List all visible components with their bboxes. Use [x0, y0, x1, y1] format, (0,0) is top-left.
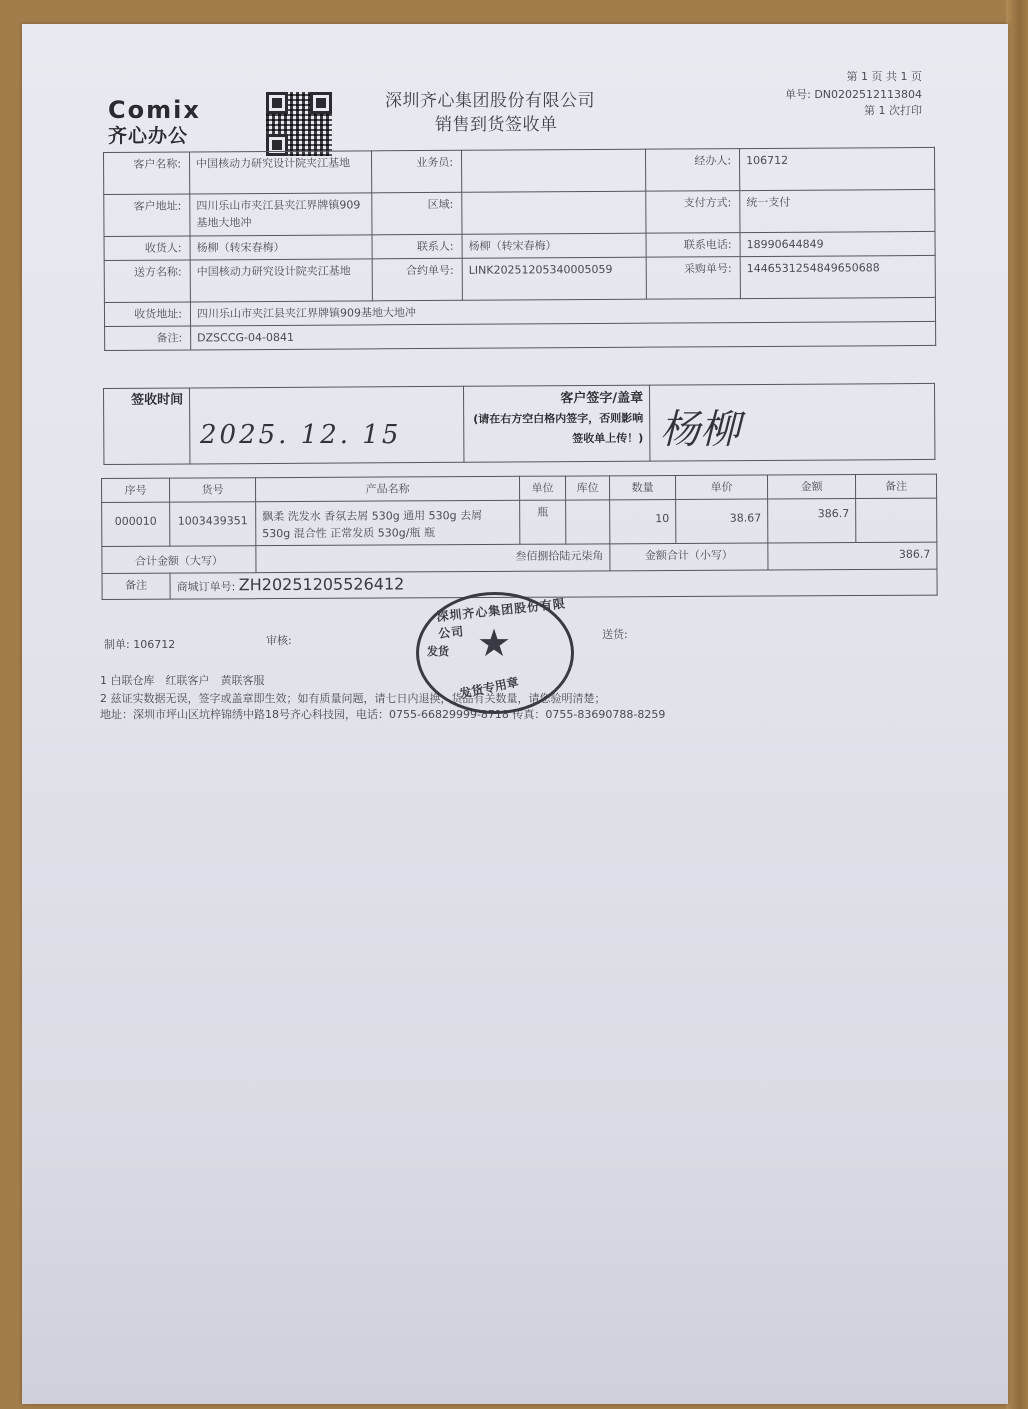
customer-address-value: 四川乐山市夹江县夹江界牌镇909基地大地冲 [190, 193, 372, 236]
maker: 制单: 106712 [104, 636, 175, 652]
header-sku: 货号 [170, 478, 256, 502]
document-number: 单号: DN0202512113804 [740, 86, 922, 102]
total-upper-value: 叁佰捌拾陆元柒角 [256, 544, 610, 573]
mall-order-number: ZH20251205526412 [239, 574, 405, 594]
header-amount: 金额 [767, 475, 855, 499]
company-seal: 深圳齐心集团股份有限公司 ★ 发货 发货专用章 [416, 592, 574, 714]
sign-time-label: 签收时间 [104, 388, 190, 465]
salesperson-label: 业务员: [371, 150, 461, 193]
item-quantity: 10 [610, 499, 676, 543]
ship-to-label: 送方名称: [104, 260, 190, 303]
item-amount: 386.7 [768, 499, 856, 543]
ship-to-value: 中国核动力研究设计院夹江基地 [190, 259, 372, 302]
salesperson-value [461, 149, 645, 192]
table-row: 000010 1003439351 飘柔 洗发水 香氛去屑 530g 通用 53… [102, 498, 937, 546]
company-name: 深圳齐心集团股份有限公司 [385, 86, 595, 111]
contact-value: 杨柳（转宋春梅） [462, 233, 646, 258]
header-unit-price: 单价 [675, 475, 767, 499]
total-lower-label: 金额合计（小写） [610, 543, 768, 571]
logo-chinese-name: 齐心办公 [108, 121, 188, 148]
remark-label: 备注: [105, 326, 191, 351]
region-value [462, 191, 646, 234]
header-product-name: 产品名称 [256, 476, 520, 501]
purchase-no-label: 采购单号: [646, 257, 740, 300]
qr-code-icon [266, 92, 332, 156]
header-location: 库位 [565, 476, 609, 500]
print-count: 第 1 次打印 [760, 102, 922, 118]
handwritten-signature: 杨柳 [660, 398, 740, 455]
info-row: 备注: DZSCCG-04-0841 [105, 321, 936, 350]
contact-label: 联系人: [372, 234, 462, 259]
customer-address-label: 客户地址: [104, 194, 190, 237]
receiver-value: 杨柳（转宋春梅） [190, 235, 372, 260]
maker-label: 制单: [104, 638, 130, 651]
order-remark-label: 备注 [102, 573, 170, 599]
info-row: 送方名称: 中国核动力研究设计院夹江基地 合约单号: LINK202512053… [104, 255, 935, 302]
document-title: 销售到货签收单 [435, 110, 558, 135]
customer-info-table: 客户名称: 中国核动力研究设计院夹江基地 业务员: 经办人: 106712 客户… [103, 147, 936, 351]
customer-sign-note: (请在右方空白格内签字，否则影响签收单上传！) [470, 409, 643, 450]
item-location [566, 500, 610, 544]
mall-order-label: 商城订单号: [177, 580, 236, 593]
seal-purpose-text: 发货专用章 [458, 673, 520, 702]
header-seq: 序号 [102, 478, 170, 502]
total-upper-label: 合计金额（大写） [102, 546, 256, 574]
handler-label: 经办人: [645, 149, 739, 192]
total-lower-value: 386.7 [768, 542, 937, 570]
comix-logo: Comix [108, 96, 201, 124]
company-address: 地址：深圳市坪山区坑梓锦绣中路18号齐心科技园，电话：0755-66829999… [100, 706, 665, 722]
delivery-address-label: 收货地址: [104, 302, 190, 327]
seal-mid-text: 发货 [427, 643, 449, 659]
doc-no-label: 单号: [785, 88, 811, 101]
contract-label: 合约单号: [372, 258, 462, 301]
item-unit-price: 38.67 [676, 499, 768, 543]
handler-value: 106712 [739, 147, 934, 190]
review-label: 审核: [266, 632, 292, 648]
header-remark: 备注 [855, 474, 936, 498]
doc-no-value: DN0202512113804 [814, 88, 922, 101]
remark-value: DZSCCG-04-0841 [191, 321, 936, 350]
payment-label: 支付方式: [646, 191, 740, 234]
item-unit: 瓶 [520, 500, 566, 544]
cardboard-background [1006, 0, 1028, 1409]
customer-sign-label-cell: 客户签字/盖章 (请在右方空白格内签字，否则影响签收单上传！) [463, 385, 649, 462]
info-row: 客户地址: 四川乐山市夹江县夹江界牌镇909基地大地冲 区域: 支付方式: 统一… [104, 189, 935, 236]
header-quantity: 数量 [609, 475, 675, 499]
customer-name-label: 客户名称: [104, 152, 190, 195]
item-seq: 000010 [102, 502, 170, 546]
star-icon: ★ [477, 621, 511, 665]
items-table: 序号 货号 产品名称 单位 库位 数量 单价 金额 备注 000010 1003… [101, 474, 938, 600]
phone-label: 联系电话: [646, 233, 740, 258]
receiver-label: 收货人: [104, 236, 190, 261]
phone-value: 18990644849 [740, 231, 935, 256]
contract-value: LINK20251205340005059 [462, 257, 646, 300]
purchase-no-value: 1446531254849650688 [740, 255, 935, 298]
customer-sign-label: 客户签字/盖章 [470, 389, 643, 410]
page-info: 第 1 页 共 1 页 [760, 68, 922, 84]
maker-value: 106712 [133, 638, 175, 651]
delivery-label: 送货: [602, 626, 628, 642]
info-row: 客户名称: 中国核动力研究设计院夹江基地 业务员: 经办人: 106712 [104, 147, 935, 194]
item-sku: 1003439351 [170, 502, 256, 546]
item-name: 飘柔 洗发水 香氛去屑 530g 通用 530g 去屑 530g 混合性 正常发… [256, 500, 520, 545]
item-remark [856, 498, 937, 542]
handwritten-sign-date: 2025. 12. 15 [200, 420, 401, 450]
region-label: 区域: [372, 192, 462, 235]
payment-value: 统一支付 [740, 189, 935, 232]
copies-note: 1 白联仓库 红联客户 黄联客服 [100, 672, 265, 688]
header-unit: 单位 [519, 476, 565, 500]
customer-name-value: 中国核动力研究设计院夹江基地 [190, 151, 372, 194]
